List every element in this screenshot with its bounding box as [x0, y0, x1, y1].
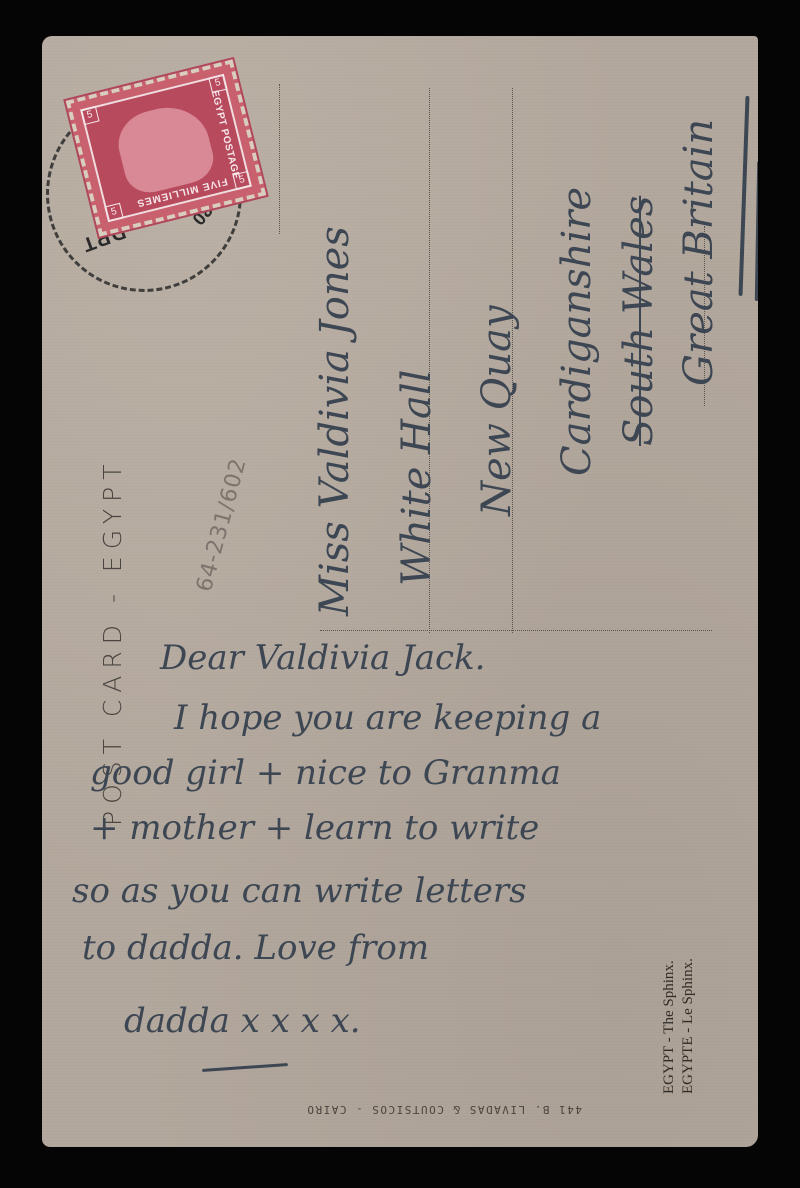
- address-line-recipient: Miss Valdivia Jones: [312, 226, 358, 616]
- printer-imprint: 441 B. LIVADAS & COUTSICOS - CAIRO: [306, 1103, 582, 1116]
- message-area-divider: [320, 630, 712, 631]
- emphasis-stroke: [755, 161, 758, 301]
- message-line: good girl + nice to Granma: [90, 756, 561, 790]
- postcard-back: DPT 30 EGYPT POSTAGE FIVE MILLIEMES 5 5 …: [42, 36, 758, 1147]
- signature-underline: [202, 1063, 288, 1072]
- stamp-frame: EGYPT POSTAGE FIVE MILLIEMES 5 5 5 5: [80, 74, 252, 222]
- address-line-town: New Quay: [474, 305, 520, 516]
- address-line-country: Great Britain: [676, 119, 722, 386]
- emphasis-stroke: [739, 96, 750, 296]
- stamp-corner-value: 5: [104, 203, 123, 222]
- message-line: I hope you are keeping a: [174, 701, 601, 735]
- caption-english: EGYPT - The Sphinx.: [660, 960, 679, 1094]
- message-line: Dear Valdivia Jack.: [160, 641, 485, 675]
- address-line-struck-region: South Wales: [616, 196, 662, 446]
- message-line: + mother + learn to write: [90, 811, 539, 845]
- stamp-box-divider: [279, 84, 280, 234]
- archive-number: 64-231/602: [192, 455, 252, 594]
- stamp-corner-value: 5: [232, 171, 251, 190]
- address-line-house: White Hall: [394, 370, 440, 586]
- stamp-corner-value: 5: [80, 106, 99, 125]
- address-line-county: Cardiganshire: [554, 187, 600, 476]
- stamp-corner-value: 5: [208, 74, 227, 93]
- message-signature: dadda x x x x.: [124, 1004, 361, 1038]
- message-line: so as you can write letters: [72, 874, 527, 908]
- message-line: to dadda. Love from: [82, 931, 429, 965]
- stamp-country-text: EGYPT POSTAGE: [209, 89, 242, 180]
- caption-french: EGYPTE - Le Sphinx.: [679, 958, 698, 1094]
